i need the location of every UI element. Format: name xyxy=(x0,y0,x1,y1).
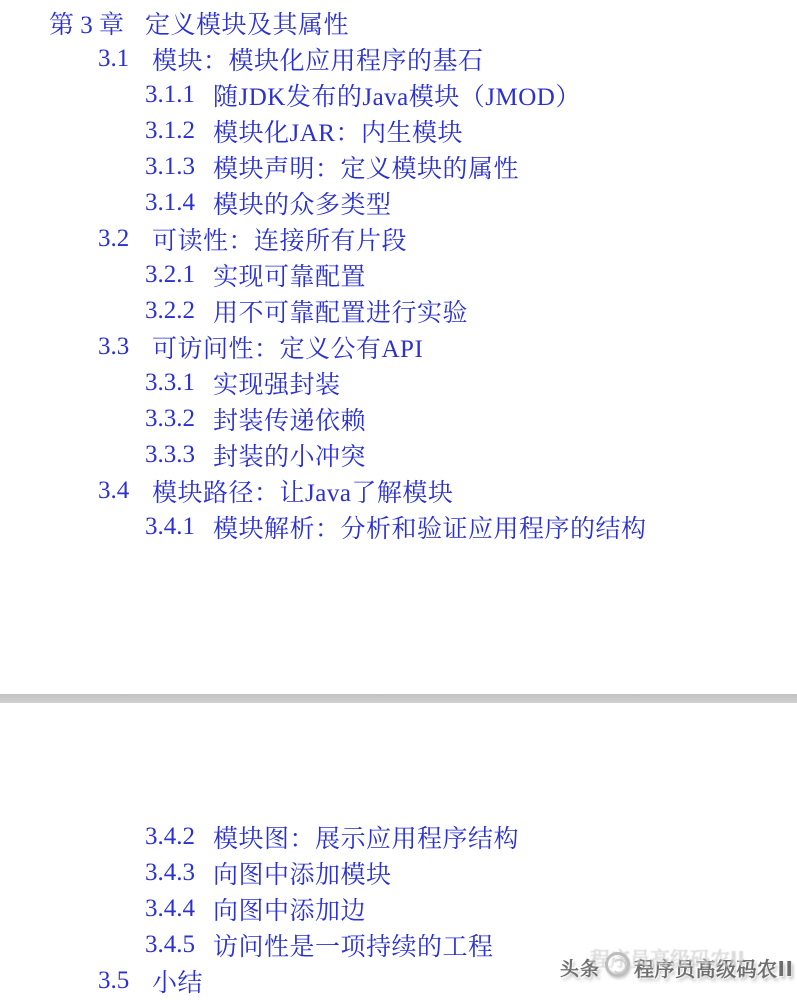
toc-entry[interactable]: 3.1.4模块的众多类型 xyxy=(0,185,797,221)
toc-entry-title: 模块声明：定义模块的属性 xyxy=(213,149,519,185)
toc-entry[interactable]: 第 3 章定义模块及其属性 xyxy=(0,5,797,41)
toc-entry-number: 3.4.1 xyxy=(145,513,213,541)
toc-entry-number: 3.4.4 xyxy=(145,895,213,923)
toc-entry-title: 模块路径：让Java了解模块 xyxy=(152,473,453,509)
toc-entry-title: 可读性：连接所有片段 xyxy=(152,221,407,257)
toc-entry[interactable]: 3.4.2模块图：展示应用程序结构 xyxy=(0,819,797,855)
toc-entry-title: 模块化JAR：内生模块 xyxy=(213,113,463,149)
toc-entry[interactable]: 3.3.2封装传递依赖 xyxy=(0,401,797,437)
toc-entry-title: 用不可靠配置进行实验 xyxy=(213,293,468,329)
toc-entry-title: 实现强封装 xyxy=(213,365,341,401)
toc-entry[interactable]: 3.2.2用不可靠配置进行实验 xyxy=(0,293,797,329)
toc-entry[interactable]: 3.2.1实现可靠配置 xyxy=(0,257,797,293)
toc-entry-number: 3.1.4 xyxy=(145,189,213,217)
toc-entry-title: 向图中添加边 xyxy=(213,891,366,927)
toutiao-logo-icon xyxy=(605,952,630,977)
toc-entry-number: 3.3.3 xyxy=(145,441,213,469)
toc-entry[interactable]: 3.2可读性：连接所有片段 xyxy=(0,221,797,257)
toc-entry-number: 3.2 xyxy=(98,225,152,253)
toc-entry-title: 封装传递依赖 xyxy=(213,401,366,437)
toc-entry-number: 3.4.5 xyxy=(145,931,213,959)
toc-entry[interactable]: 3.1.3模块声明：定义模块的属性 xyxy=(0,149,797,185)
toc-entry-title: 模块解析：分析和验证应用程序的结构 xyxy=(213,509,647,545)
toc-entry-number: 3.5 xyxy=(98,967,152,995)
toc-entry-title: 可访问性：定义公有API xyxy=(152,329,423,365)
toc-entry-number: 3.2.1 xyxy=(145,261,213,289)
toc-entry[interactable]: 3.1.1随JDK发布的Java模块（JMOD） xyxy=(0,77,797,113)
toc-entry-title: 小结 xyxy=(152,963,203,999)
toc-entry[interactable]: 3.3.1实现强封装 xyxy=(0,365,797,401)
toc-entry-title: 随JDK发布的Java模块（JMOD） xyxy=(213,77,581,113)
toc-entry-number: 3.3.2 xyxy=(145,405,213,433)
toc-entry-number: 3.4.2 xyxy=(145,823,213,851)
toc-entry[interactable]: 3.3可访问性：定义公有API xyxy=(0,329,797,365)
toc-entry-number: 3.2.2 xyxy=(145,297,213,325)
toc-entry-title: 访问性是一项持续的工程 xyxy=(213,927,494,963)
toc-entry-title: 模块的众多类型 xyxy=(213,185,392,221)
toc-entry-title: 实现可靠配置 xyxy=(213,257,366,293)
watermark: 程序员高级码农II 头条 程序员高级码农II xyxy=(560,946,793,988)
toc-entry[interactable]: 3.4.3向图中添加模块 xyxy=(0,855,797,891)
toc-entry[interactable]: 3.1.2模块化JAR：内生模块 xyxy=(0,113,797,149)
toc-section-top: 第 3 章定义模块及其属性3.1模块：模块化应用程序的基石3.1.1随JDK发布… xyxy=(0,5,797,545)
toc-entry-title: 模块：模块化应用程序的基石 xyxy=(152,41,484,77)
toc-entry-number: 3.1.2 xyxy=(145,117,213,145)
toc-entry[interactable]: 3.4.4向图中添加边 xyxy=(0,891,797,927)
toc-entry[interactable]: 3.1模块：模块化应用程序的基石 xyxy=(0,41,797,77)
toc-entry-title: 封装的小冲突 xyxy=(213,437,366,473)
watermark-handle: 程序员高级码农II xyxy=(634,953,793,982)
toc-entry-number: 3.1.1 xyxy=(145,81,213,109)
toc-entry-title: 模块图：展示应用程序结构 xyxy=(213,819,519,855)
toc-entry-number: 第 3 章 xyxy=(49,5,145,41)
toc-entry-number: 3.4 xyxy=(98,477,152,505)
watermark-prefix: 头条 xyxy=(560,954,600,981)
toc-entry-number: 3.1 xyxy=(98,45,152,73)
page-break-divider xyxy=(0,694,797,703)
toc-entry-number: 3.3 xyxy=(98,333,152,361)
toc-entry[interactable]: 3.3.3封装的小冲突 xyxy=(0,437,797,473)
toc-entry-title: 定义模块及其属性 xyxy=(145,5,349,41)
toc-entry[interactable]: 3.4模块路径：让Java了解模块 xyxy=(0,473,797,509)
toc-entry[interactable]: 3.4.1模块解析：分析和验证应用程序的结构 xyxy=(0,509,797,545)
toc-entry-number: 3.1.3 xyxy=(145,153,213,181)
toc-entry-title: 向图中添加模块 xyxy=(213,855,392,891)
toc-entry-number: 3.3.1 xyxy=(145,369,213,397)
toc-entry-number: 3.4.3 xyxy=(145,859,213,887)
